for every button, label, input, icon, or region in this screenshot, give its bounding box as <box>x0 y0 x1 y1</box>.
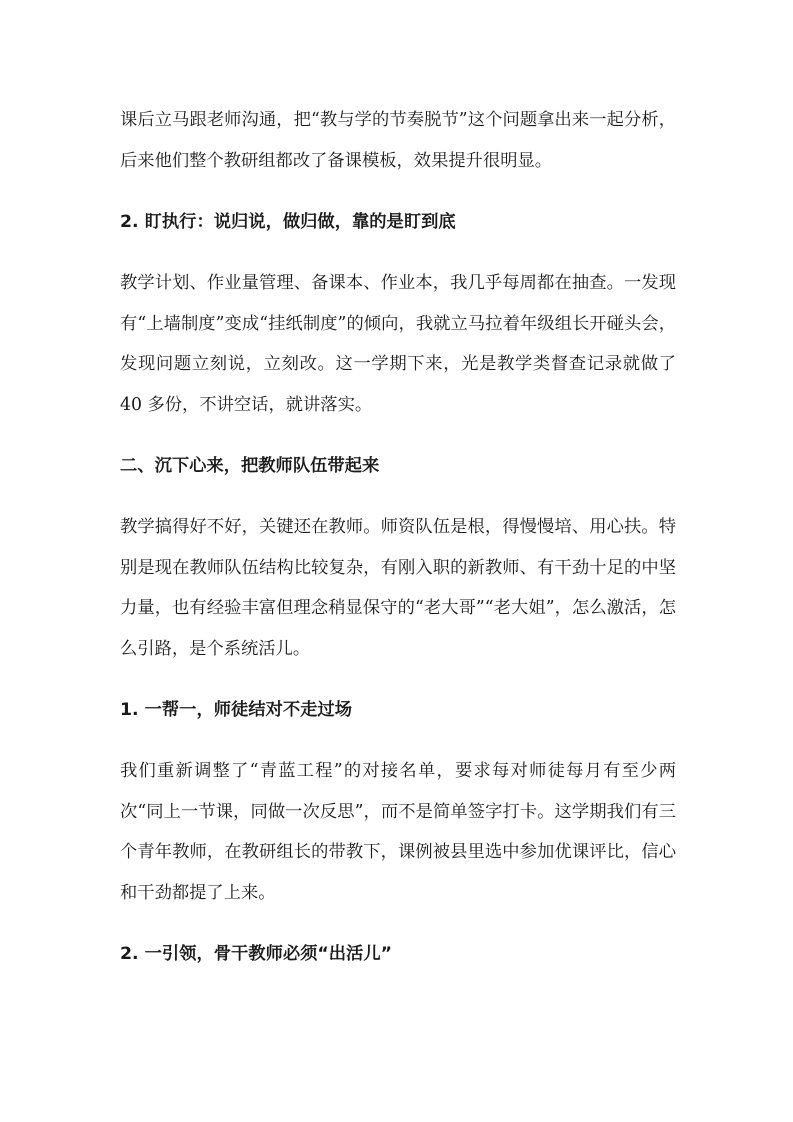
heading-supervise-execution: 2. 盯执行：说归说，做归做，靠的是盯到底 <box>120 202 676 242</box>
paragraph-weekly-inspection: 教学计划、作业量管理、备课本、作业本，我几乎每周都在抽查。一发现有“上墙制度”变… <box>120 263 676 425</box>
document-page: 课后立马跟老师沟通，把“教与学的节奏脱节”这个问题拿出来一起分析，后来他们整个教… <box>0 0 793 1122</box>
heading-backbone-teachers: 2. 一引领，骨干教师必须“出活儿” <box>120 934 676 974</box>
paragraph-qinglan-project: 我们重新调整了“青蓝工程”的对接名单，要求每对师徒每月有至少两次“同上一节课，同… <box>120 751 676 913</box>
paragraph-teacher-structure: 教学搞得好不好，关键还在教师。师资队伍是根，得慢慢培、用心扶。特别是现在教师队伍… <box>120 507 676 669</box>
heading-teacher-team: 二、沉下心来，把教师队伍带起来 <box>120 446 676 486</box>
paragraph-lesson-followup: 课后立马跟老师沟通，把“教与学的节奏脱节”这个问题拿出来一起分析，后来他们整个教… <box>120 100 676 181</box>
heading-mentorship: 1. 一帮一，师徒结对不走过场 <box>120 690 676 730</box>
document-body: 课后立马跟老师沟通，把“教与学的节奏脱节”这个问题拿出来一起分析，后来他们整个教… <box>120 100 676 995</box>
